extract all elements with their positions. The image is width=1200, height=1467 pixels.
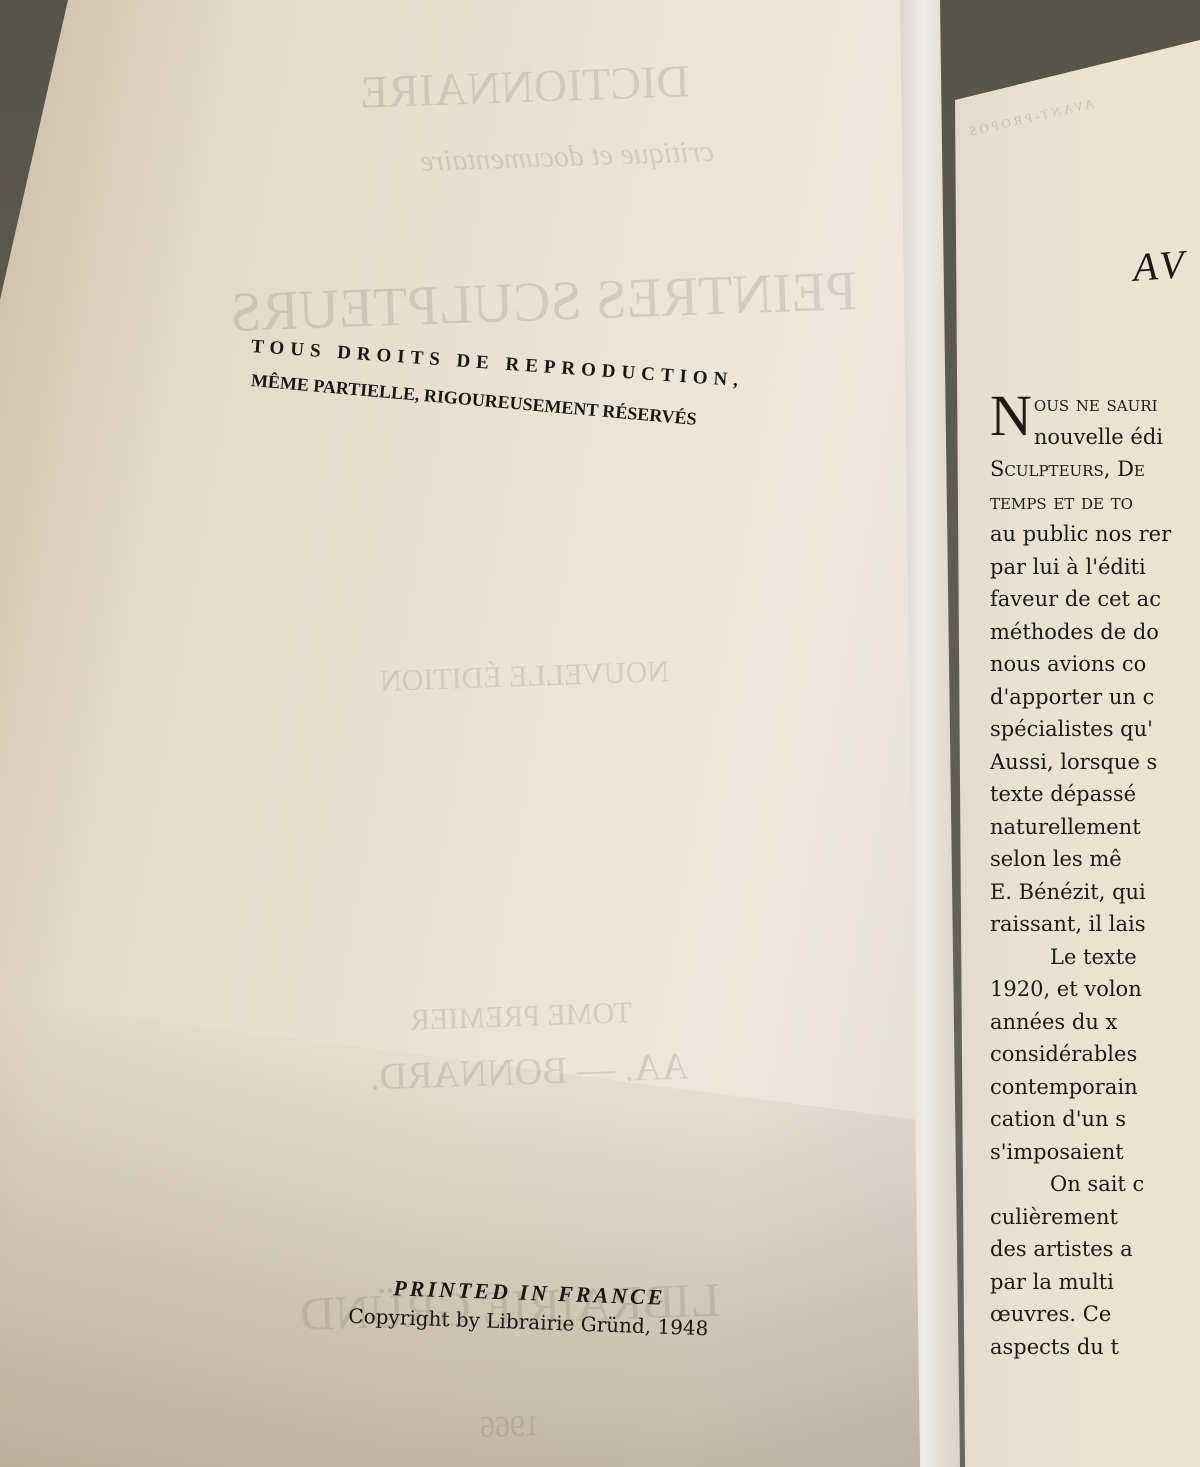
text-line: par lui à l'éditi — [990, 551, 1200, 584]
text-line: raissant, il lais — [990, 908, 1200, 941]
text-line: méthodes de do — [990, 616, 1200, 649]
text-line: spécialistes qu' — [990, 713, 1200, 746]
text-line: des artistes a — [990, 1233, 1200, 1266]
text-line: au public nos rer — [990, 518, 1200, 551]
text-line: aspects du t — [990, 1331, 1200, 1364]
text-line: par la multi — [990, 1266, 1200, 1299]
text-line: Aussi, lorsque s — [990, 746, 1200, 779]
text-line: considérables — [990, 1038, 1200, 1071]
text-line: texte dépassé — [990, 778, 1200, 811]
text-line: cation d'un s — [990, 1103, 1200, 1136]
text-line: œuvres. Ce — [990, 1298, 1200, 1331]
text-line: années du x — [990, 1006, 1200, 1039]
text-line: temps et de to — [990, 486, 1200, 519]
text-line: E. Bénézit, qui — [990, 876, 1200, 909]
rights-notice: TOUS DROITS DE REPRODUCTION, MÊME PARTIE… — [252, 336, 872, 391]
text-line: selon les mê — [990, 843, 1200, 876]
chapter-title: AV — [1131, 240, 1189, 291]
text-line: contemporain — [990, 1071, 1200, 1104]
text-line: s'imposaient — [990, 1136, 1200, 1169]
text-line: 1920, et volon — [990, 973, 1200, 1006]
text-line: naturellement — [990, 811, 1200, 844]
text-line: faveur de cet ac — [990, 583, 1200, 616]
foreword-body: N ous ne sauri nouvelle édi Sculpteurs, … — [990, 388, 1200, 1363]
text-line: Le texte — [990, 941, 1200, 974]
text-line: d'apporter un c — [990, 681, 1200, 714]
text-line: nous avions co — [990, 648, 1200, 681]
text-line: Sculpteurs, De — [990, 453, 1200, 486]
text-line: culièrement — [990, 1201, 1200, 1234]
text-line: On sait c — [990, 1168, 1200, 1201]
drop-cap: N — [990, 392, 1032, 440]
